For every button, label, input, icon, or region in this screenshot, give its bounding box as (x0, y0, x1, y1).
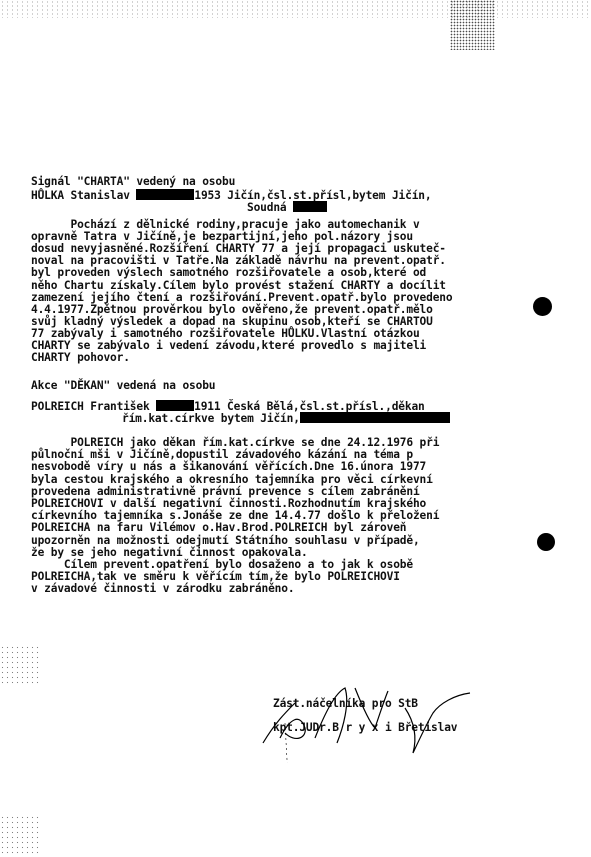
scan-noise-top (0, 0, 591, 18)
paragraph-line: půlnoční mši v Jičíně,dopustil závadovéh… (31, 449, 413, 461)
scanned-document-page: Signál "CHARTA" vedený na osobu HŮLKA St… (0, 0, 591, 857)
section1-address-line: Soudná (247, 201, 327, 214)
paragraph-line: POLREICHA,tak ve směru k věřícím tím,že … (31, 571, 400, 583)
paragraph-line: církevního tajemníka s.Jonáše ze dne 14.… (31, 510, 439, 522)
paragraph-line: zamezení jejího čtení a rozšiřování.Prev… (31, 292, 452, 304)
paragraph-line: Cílem prevent.opatření bylo dosaženo a t… (31, 559, 413, 571)
paragraph-line: POLREICHOVI v další negativní činnosti.R… (31, 498, 426, 510)
section1-person-name: HŮLKA Stanislav (31, 189, 136, 202)
redaction-box (300, 412, 450, 423)
paragraph-line: svůj kladný výsledek a dopad na skupinu … (31, 316, 433, 328)
section1-address: Soudná (247, 201, 293, 214)
scan-noise-left (0, 645, 40, 685)
paragraph-line: byl proveden výslech samotného rozšiřova… (31, 267, 426, 279)
paragraph-line: že by se jeho negativní činnost opakoval… (31, 547, 308, 559)
scan-noise-left-bottom (0, 815, 40, 855)
paragraph-line: provedena administrativně právní prevenc… (31, 486, 420, 498)
redaction-box (293, 201, 327, 212)
punch-hole (537, 533, 555, 551)
paragraph-line: 4.4.1977.Zpětnou prověrkou bylo ověřeno,… (31, 304, 433, 316)
section1-heading: Signál "CHARTA" vedený na osobu (31, 176, 235, 188)
handwritten-signature-icon (255, 683, 485, 763)
paragraph-line: POLREICH jako děkan řím.kat.církve se dn… (31, 437, 439, 449)
redaction-box (156, 400, 194, 411)
paragraph-line: CHARTY pohovor. (31, 352, 130, 364)
redaction-box (136, 189, 194, 200)
section2-address-line: řím.kat.církve bytem Jičín, (122, 412, 450, 425)
scan-noise-corner (450, 0, 495, 50)
paragraph-line: v závadové činnosti v zárodku zabráněno. (31, 583, 294, 595)
paragraph-line: upozorněn na možnosti odejmutí Státního … (31, 535, 420, 547)
paragraph-line: něho Chartu získaly.Cílem bylo provést s… (31, 280, 446, 292)
punch-hole (533, 297, 552, 316)
paragraph-line: POLREICHA na faru Vilémov o.Hav.Brod.POL… (31, 522, 406, 534)
section2-address: řím.kat.církve bytem Jičín, (122, 412, 300, 425)
section1-person-line: HŮLKA Stanislav 1953 Jičín,čsl.st.přísl,… (31, 189, 431, 202)
section2-heading: Akce "DĚKAN" vedená na osobu (31, 380, 215, 392)
paragraph-line: byla cestou krajského a okresního tajemn… (31, 474, 433, 486)
paragraph-line: nesvobodě víry u nás a šikanování věřící… (31, 461, 426, 473)
